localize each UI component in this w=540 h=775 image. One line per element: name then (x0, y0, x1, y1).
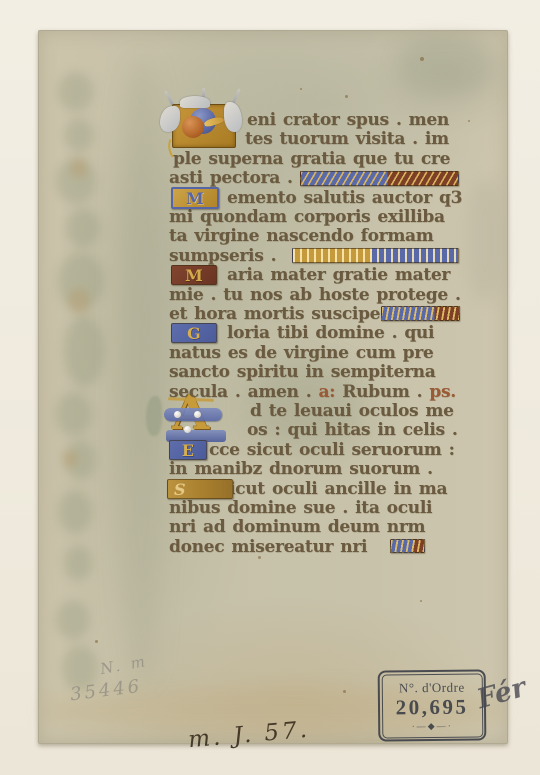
text-line: cce sicut oculi seruorum : (209, 441, 455, 460)
text-line: nibus domine sue . ita oculi (169, 499, 432, 518)
line-filler (292, 248, 459, 263)
fleck (345, 95, 348, 98)
text-line: sumpseris . (169, 247, 276, 266)
text-line: tes tuorum visita . im (245, 130, 449, 149)
white-floret (174, 411, 181, 418)
rubric-text: ps. (429, 382, 455, 402)
body-text: Rubum . (342, 382, 429, 402)
fleck (420, 600, 422, 602)
stamp-label: N°. d'Ordre (399, 680, 465, 695)
blue-band (164, 408, 222, 421)
fleck (300, 88, 302, 90)
white-floret (184, 426, 191, 433)
line-filler (300, 171, 459, 186)
illuminated-initial-m: M (171, 187, 219, 209)
text-line: in manibz dnorum suorum . (169, 460, 433, 479)
text-line: loria tibi domine . qui (227, 324, 434, 343)
illuminated-initial-g: G (171, 323, 217, 343)
body-text: secula . amen . (169, 382, 318, 402)
fleck (420, 57, 424, 61)
acanthus-leaf (180, 96, 210, 108)
text-line: emento salutis auctor q3 (227, 189, 462, 208)
stamp-ornament: ·—◆—· (412, 720, 453, 730)
text-line: asti pectora . (169, 169, 293, 188)
illuminated-initial-e: E (169, 440, 207, 460)
stamp-content: N°. d'Ordre 20,695 ·—◆—· (381, 673, 483, 738)
text-line: aria mater gratie mater (227, 266, 450, 285)
fleck (258, 556, 261, 559)
text-line: d te leuaui oculos me (250, 402, 454, 421)
text-line: os : qui hitas in celis . (247, 421, 458, 440)
library-stamp: N°. d'Ordre 20,695 ·—◆—· (378, 669, 487, 741)
fleck (95, 640, 98, 643)
photographed-manuscript-page: A N°. d'Ordre 20,695 ·—◆—· N. m 35446 m.… (0, 0, 540, 775)
margin-sprig (146, 396, 162, 436)
text-line: icut oculi ancille in ma (229, 480, 447, 499)
fleck (343, 690, 346, 693)
text-line: ple superna gratia que tu cre (173, 150, 450, 169)
text-line: donec misereatur nri (169, 538, 367, 557)
illuminated-initial-m: M (171, 265, 217, 285)
text-line: et hora mortis suscipe (169, 305, 380, 324)
line-filler (381, 306, 460, 321)
rubric-text: a: (318, 382, 342, 402)
white-floret (194, 411, 201, 418)
text-line: natus es de virgine cum pre (169, 344, 433, 363)
line-filler (390, 539, 425, 553)
text-line: ta virgine nascendo formam (169, 227, 433, 246)
text-line: mie . tu nos ab hoste protege . (169, 286, 461, 305)
acanthus-leaf (224, 102, 242, 132)
text-line: mi quondam corporis exilliba (169, 208, 445, 227)
stamp-number: 20,695 (396, 695, 469, 718)
fleck (468, 120, 470, 122)
illuminated-initial-s: S (167, 479, 233, 499)
text-line: nri ad dominum deum nrm (169, 518, 425, 537)
text-line: secula . amen . a: Rubum . ps. (169, 383, 456, 402)
text-line: sancto spiritu in sempiterna (169, 363, 435, 382)
orange-orb (182, 116, 204, 138)
illuminated-initial-v (162, 96, 250, 154)
text-line: eni crator spus . men (247, 111, 449, 130)
